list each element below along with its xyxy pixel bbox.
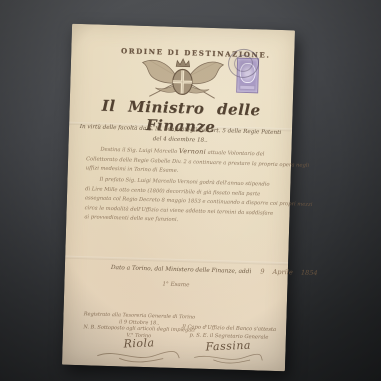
revenue-stamp-band (239, 85, 255, 90)
photo-backdrop: ORDINE DI DESTINAZIONE. Il Ministro dell… (0, 0, 381, 381)
handwritten-paragraph-1: Destina il Sig. Luigi Marcello Vernoni a… (86, 144, 278, 179)
signature-flourish-icon (93, 347, 183, 366)
signature-flourish-icon (188, 350, 268, 366)
dateline-date: 9 Aprile 1854 (260, 267, 318, 277)
appointee-name: Vernoni (179, 147, 206, 156)
closing-signature: Fassina (206, 342, 252, 351)
document-paper: ORDINE DI DESTINAZIONE. Il Ministro dell… (62, 24, 295, 371)
closing-note: Il Capo d'Uffizio del Banco s'attesta p.… (174, 324, 283, 367)
dateline-printed: Dato a Torino, dal Ministero delle Finan… (111, 265, 252, 275)
paper-crease (65, 256, 288, 266)
handwritten-paragraph-2: Il prefato Sig. Luigi Marcello Vernoni g… (84, 175, 276, 229)
dateline: Dato a Torino, dal Ministero delle Finan… (111, 263, 280, 276)
exam-note: 1° Esame (64, 279, 287, 292)
